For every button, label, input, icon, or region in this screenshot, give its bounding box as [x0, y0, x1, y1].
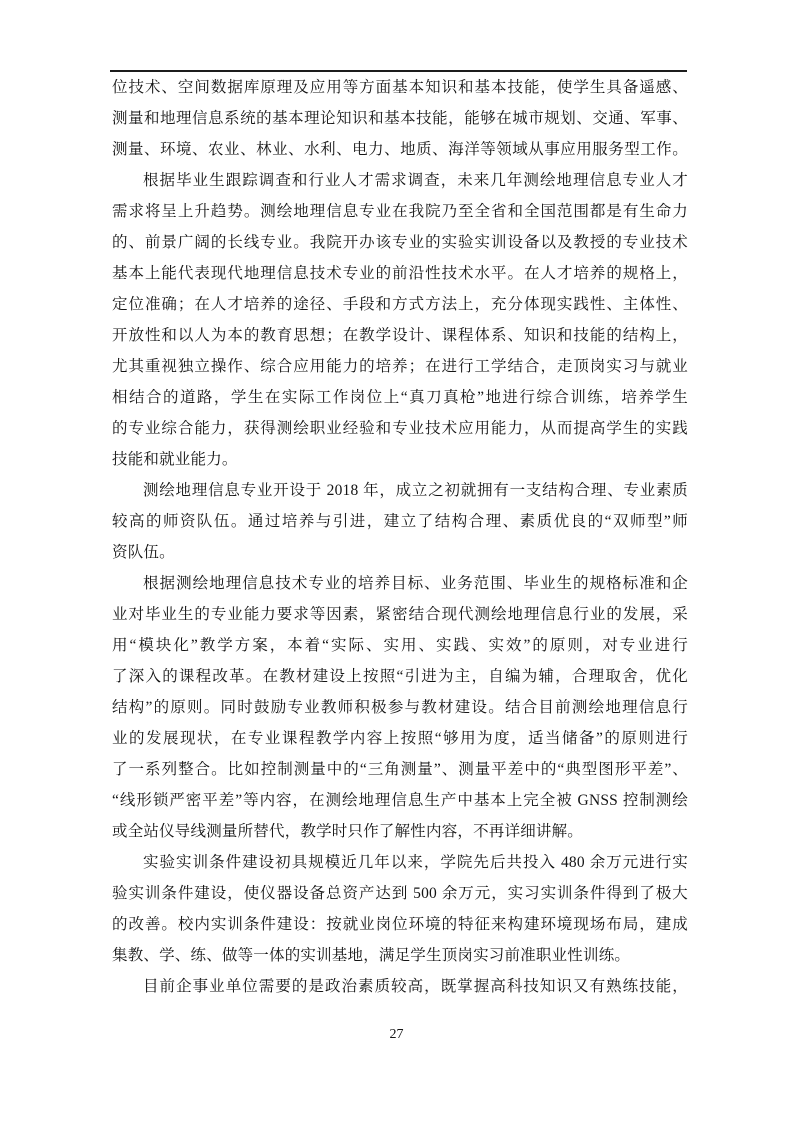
- text-line: 尤其重视独立操作、综合应用能力的培养；在进行工学结合，走顶岗实习与就业: [112, 351, 688, 382]
- text-line: 测绘地理信息专业开设于 2018 年，成立之初就拥有一支结构合理、专业素质: [112, 475, 688, 506]
- text-line: 技能和就业能力。: [112, 444, 688, 475]
- text-line: 业的发展现状，在专业课程教学内容上按照“够用为度，适当储备”的原则进行: [112, 723, 688, 754]
- text-line: 基本上能代表现代地理信息技术专业的前沿性技术水平。在人才培养的规格上，: [112, 258, 688, 289]
- page-number: 27: [0, 1022, 793, 1048]
- text-line: 了深入的课程改革。在教材建设上按照“引进为主，自编为辅，合理取舍，优化: [112, 661, 688, 692]
- text-line: 目前企事业单位需要的是政治素质较高，既掌握高科技知识又有熟练技能，: [112, 971, 688, 1002]
- text-line: 业对毕业生的专业能力要求等因素，紧密结合现代测绘地理信息行业的发展，采: [112, 599, 688, 630]
- text-line: 结构”的原则。同时鼓励专业教师积极参与教材建设。结合目前测绘地理信息行: [112, 692, 688, 723]
- text-line: 较高的师资队伍。通过培养与引进，建立了结构合理、素质优良的“双师型”师: [112, 506, 688, 537]
- document-page: 位技术、空间数据库原理及应用等方面基本知识和基本技能，使学生具备遥感、 测量和地…: [0, 0, 793, 1122]
- text-line: 定位准确；在人才培养的途径、手段和方式方法上，充分体现实践性、主体性、: [112, 289, 688, 320]
- text-line: 了一系列整合。比如控制测量中的“三角测量”、测量平差中的“典型图形平差”、: [112, 754, 688, 785]
- text-line: 需求将呈上升趋势。测绘地理信息专业在我院乃至全省和全国范围都是有生命力: [112, 196, 688, 227]
- text-line: 或全站仪导线测量所替代，教学时只作了解性内容，不再详细讲解。: [112, 816, 688, 847]
- text-line: 根据毕业生跟踪调查和行业人才需求调查，未来几年测绘地理信息专业人才: [112, 165, 688, 196]
- text-line: 实验实训条件建设初具规模近几年以来，学院先后共投入 480 余万元进行实: [112, 847, 688, 878]
- text-line: 资队伍。: [112, 537, 688, 568]
- text-line: 测量、环境、农业、林业、水利、电力、地质、海洋等领域从事应用服务型工作。: [112, 134, 688, 165]
- text-line: 测量和地理信息系统的基本理论知识和基本技能，能够在城市规划、交通、军事、: [112, 103, 688, 134]
- text-line: 的专业综合能力，获得测绘职业经验和专业技术应用能力，从而提高学生的实践: [112, 413, 688, 444]
- text-line: 集教、学、练、做等一体的实训基地，满足学生顶岗实习前准职业性训练。: [112, 940, 688, 971]
- text-line: 开放性和以人为本的教育思想；在教学设计、课程体系、知识和技能的结构上，: [112, 320, 688, 351]
- text-line: 根据测绘地理信息技术专业的培养目标、业务范围、毕业生的规格标准和企: [112, 568, 688, 599]
- text-line: 位技术、空间数据库原理及应用等方面基本知识和基本技能，使学生具备遥感、: [112, 72, 688, 103]
- body-text: 位技术、空间数据库原理及应用等方面基本知识和基本技能，使学生具备遥感、 测量和地…: [112, 72, 688, 1002]
- text-line: 用“模块化”教学方案，本着“实际、实用、实践、实效”的原则，对专业进行: [112, 630, 688, 661]
- text-line: 的、前景广阔的长线专业。我院开办该专业的实验实训设备以及教授的专业技术: [112, 227, 688, 258]
- text-line: 相结合的道路，学生在实际工作岗位上“真刀真枪”地进行综合训练，培养学生: [112, 382, 688, 413]
- text-line: 验实训条件建设，使仪器设备总资产达到 500 余万元，实习实训条件得到了极大: [112, 878, 688, 909]
- text-line: “线形锁严密平差”等内容，在测绘地理信息生产中基本上完全被 GNSS 控制测绘: [112, 785, 688, 816]
- text-line: 的改善。校内实训条件建设：按就业岗位环境的特征来构建环境现场布局，建成: [112, 909, 688, 940]
